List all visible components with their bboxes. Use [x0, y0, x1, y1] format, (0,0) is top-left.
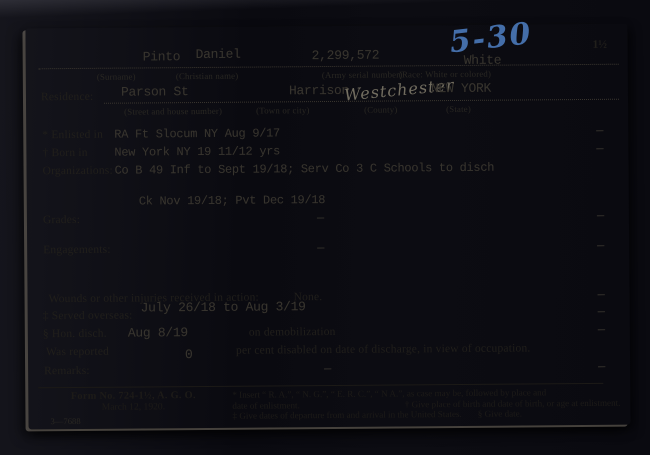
christian-name-value: Daniel: [196, 47, 241, 62]
organizations-value-line2: Ck Nov 19/18; Pvt Dec 19/18: [139, 193, 325, 208]
form-instructions-block: * Insert “ R. A.”, “ N. G.”, “ E. R. C.”…: [232, 387, 620, 422]
street-value: Parson St: [121, 84, 189, 100]
organizations-label: Organizations:: [43, 165, 113, 178]
form-print-code: 3—7688: [50, 416, 80, 426]
served-overseas-value: July 26/18 to Aug 3/19: [141, 299, 306, 315]
enlisted-label: * Enlisted in: [42, 129, 103, 141]
instruction-line-3b: § Give date.: [478, 409, 522, 420]
born-dash: —: [596, 142, 603, 156]
wounds-right-dash: —: [597, 288, 604, 302]
instruction-line-2a: date of enlistment.: [232, 400, 300, 411]
engagements-value-dash: —: [317, 241, 324, 255]
enlisted-dash: —: [596, 124, 603, 138]
surname-caption: (Surname): [97, 72, 136, 82]
serial-number-caption: (Army serial number): [322, 69, 403, 80]
grades-label: Grades:: [43, 214, 80, 226]
served-overseas-right-dash: —: [598, 305, 605, 319]
serial-number-value: 2,299,572: [312, 48, 380, 64]
hon-disch-demobilization-text: on demobilization: [249, 326, 336, 339]
christian-name-caption: (Christian name): [176, 71, 239, 81]
instruction-line-2b: † Give place of birth and date of birth,…: [405, 397, 621, 409]
born-value: New York NY 19 11/12 yrs: [114, 144, 280, 159]
born-label: † Born in: [42, 147, 87, 159]
instruction-line-3: ‡ Give dates of departure from and arriv…: [232, 408, 620, 422]
served-overseas-label: ‡ Served overseas:: [43, 310, 133, 323]
enlisted-value: RA Ft Slocum NY Aug 9/17: [114, 126, 280, 141]
hon-disch-right-dash: —: [598, 323, 605, 337]
form-date: March 12, 1920.: [38, 401, 228, 413]
engagements-label: Engagements:: [43, 244, 111, 257]
instruction-line-3a: ‡ Give dates of departure from and arriv…: [232, 409, 461, 421]
street-caption: (Street and house number): [124, 106, 222, 117]
organizations-value-line1: Co B 49 Inf to Sept 19/18; Serv Co 3 C S…: [114, 161, 494, 178]
county-caption: (County): [364, 104, 397, 114]
was-reported-label: Was reported: [46, 346, 109, 358]
photographed-record-backdrop: 5-30 1½ Pinto Daniel 2,299,572 White (Su…: [0, 0, 650, 455]
grades-right-dash: —: [597, 209, 604, 223]
hon-disch-label: § Hon. disch.: [43, 328, 107, 341]
form-identification-block: Form No. 724-1½, A. G. O. March 12, 1920…: [38, 390, 228, 413]
remarks-label: Remarks:: [44, 365, 90, 377]
engagements-right-dash: —: [597, 239, 604, 253]
residence-label: Residence:: [41, 91, 94, 103]
grades-value-dash: —: [317, 211, 324, 225]
card-corner-number: 1½: [593, 39, 607, 51]
name-row-rule: [39, 64, 619, 70]
state-value: NEW YORK: [431, 81, 491, 96]
remarks-right-dash: —: [598, 360, 605, 374]
percent-disabled-text: per cent disabled on date of discharge, …: [236, 342, 531, 356]
state-caption: (State): [446, 104, 471, 114]
percent-disabled-value: 0: [185, 347, 193, 362]
remarks-value-dash: —: [324, 362, 331, 376]
surname-value: Pinto: [143, 49, 181, 64]
service-record-card: 5-30 1½ Pinto Daniel 2,299,572 White (Su…: [25, 24, 630, 430]
town-caption: (Town or city): [256, 105, 310, 115]
town-value: Harrison: [289, 83, 349, 98]
hon-disch-date-value: Aug 8/19: [128, 325, 188, 340]
